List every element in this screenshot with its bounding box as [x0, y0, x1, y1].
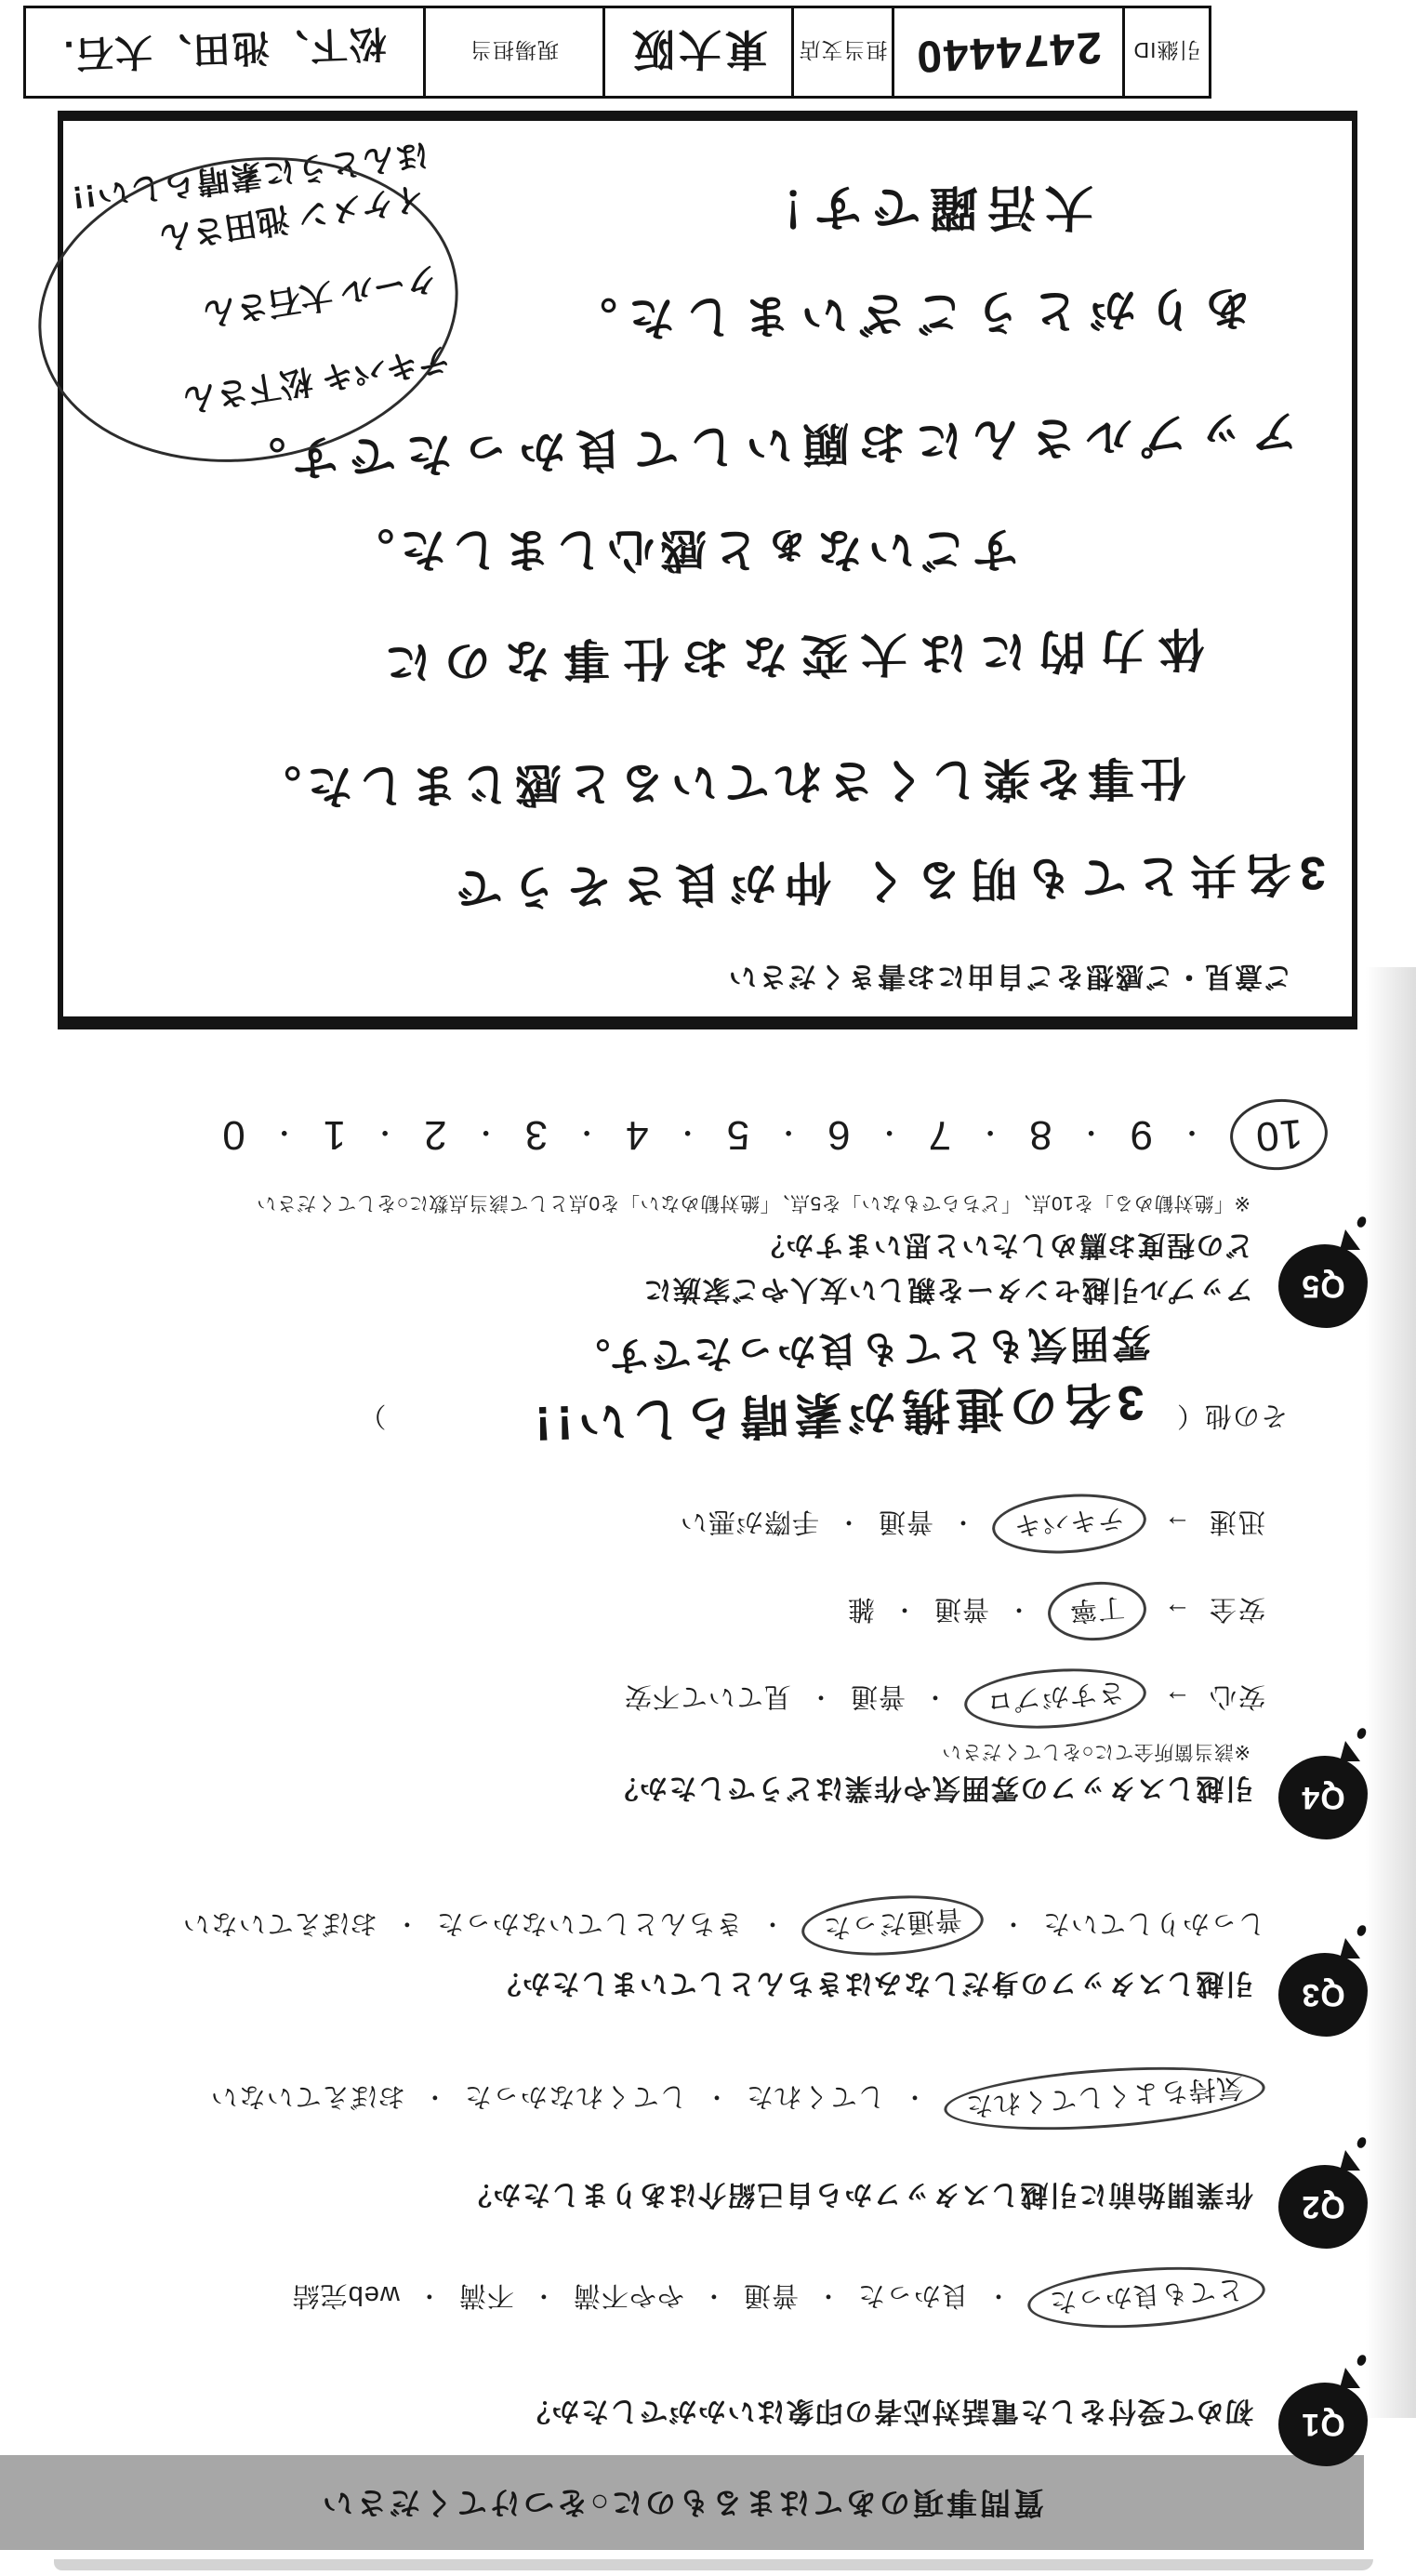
q4-option-selected: 丁寧: [1046, 1578, 1148, 1643]
arrow-icon: →: [1163, 1596, 1191, 1627]
scale-separator: ・: [1177, 1114, 1206, 1155]
scale-separator: ・: [975, 1114, 1004, 1155]
header-info-table: 引継ID 2474440 担当支店 東大阪 現場担当 松下、池田、大石.: [23, 6, 1211, 99]
field-value-staff: 松下、池田、大石.: [26, 8, 426, 96]
q4-category: 迅速: [1208, 1505, 1265, 1543]
option-separator: ・: [836, 1507, 861, 1541]
q3-option: しっかりしていた: [1042, 1906, 1265, 1945]
q5-badge: Q5: [1278, 1244, 1368, 1328]
scale-separator: ・: [875, 1114, 904, 1155]
scale-separator: ・: [1077, 1114, 1105, 1155]
option-separator: ・: [531, 2280, 556, 2315]
field-label-id: 引継ID: [1125, 8, 1209, 96]
q1-option: 不満: [458, 2278, 514, 2317]
q5-score: 5: [726, 1111, 749, 1158]
q5-question-line1: アップル引越センターを親しい友人やご家族に: [642, 1272, 1253, 1313]
scale-separator: ・: [673, 1114, 702, 1155]
q5-score: 7: [928, 1111, 951, 1158]
q3-question-text: 引越しスタッフの身だしなみはきちんとしていましたか？: [492, 1966, 1253, 2007]
q1-option: やや不満: [573, 2278, 684, 2317]
q5-score: 9: [1130, 1111, 1153, 1158]
scale-separator: ・: [774, 1114, 802, 1155]
scale-separator: ・: [370, 1114, 399, 1155]
q5-score: 3: [524, 1111, 548, 1158]
scan-page-edge-shadow: [1366, 967, 1416, 2418]
q4-note: ※該当箇所全てに○をしてください: [942, 1739, 1251, 1767]
comment-line: すごいなぁと感心しました。: [342, 520, 1019, 587]
q5-score-selected: 10: [1227, 1095, 1330, 1175]
q4-option-selected: さすがプロ: [962, 1663, 1148, 1734]
q4-row-anzen: 安全 → 丁寧 ・ 普通 ・ 雑: [847, 1582, 1265, 1640]
q4-option: 普通: [933, 1592, 989, 1630]
q3-badge-label: Q3: [1301, 1977, 1344, 2013]
comment-box: ご意見・ご感想をご自由にお書きください 3名共とても明るく 仲が良さそうで 仕事…: [58, 111, 1357, 1029]
comment-line: アップルさんにお願いして良かったです。: [229, 402, 1299, 497]
q1-option-selected: とても良かった: [1026, 2260, 1267, 2335]
q4-row-jinsoku: 迅速 → テキパキ ・ 普通 ・ 手際が悪い: [680, 1494, 1265, 1553]
field-value-id: 2474440: [894, 8, 1125, 96]
comment-line: 3名共とても明るく 仲が良さそうで: [447, 843, 1327, 925]
q4-question-text: 引越しスタッフの雰囲気や作業はどうでしたか？: [609, 1771, 1253, 1812]
option-separator: ・: [986, 2280, 1011, 2315]
scale-separator: ・: [471, 1114, 500, 1155]
comment-line: ありがとうございました。: [559, 278, 1251, 357]
q2-badge-label: Q2: [1301, 2189, 1344, 2225]
comment-box-title: ご意見・ご感想をご自由にお書きください: [727, 959, 1292, 1000]
q5-score: 0: [221, 1111, 245, 1158]
comment-line: 大活躍です！: [748, 177, 1093, 246]
field-value-branch: 東大阪: [605, 8, 794, 96]
q5-question-line2: どの程度お薦めしたいと思いますか？: [756, 1228, 1254, 1268]
comment-line: 仕事を楽しくされていると感じました。: [249, 748, 1187, 825]
q4-option: 普通: [850, 1680, 906, 1718]
q1-options: とても良かった ・ 良かった ・ 普通 ・ やや不満 ・ 不満 ・ web完結: [292, 2268, 1265, 2327]
option-separator: ・: [892, 1594, 917, 1628]
option-separator: ・: [704, 2081, 729, 2116]
q1-badge: Q1: [1278, 2383, 1368, 2466]
option-separator: ・: [760, 1908, 785, 1943]
option-separator: ・: [701, 2280, 726, 2315]
q4-other-close: ）: [358, 1399, 497, 1437]
q1-option: 普通: [743, 2278, 799, 2317]
q5-score: 8: [1028, 1111, 1052, 1158]
option-separator: ・: [1000, 1908, 1026, 1943]
field-label-staff: 現場担当: [426, 8, 605, 96]
arrow-icon: →: [1163, 1683, 1191, 1714]
field-label-branch: 担当支店: [794, 8, 894, 96]
q2-option: してくれなかった: [464, 2079, 687, 2118]
q5-score: 2: [423, 1111, 446, 1158]
q5-score: 4: [625, 1111, 648, 1158]
q2-option: おぼえていない: [210, 2079, 405, 2118]
option-separator: ・: [1006, 1594, 1031, 1628]
q5-score-scale: 10 ・ 9 ・ 8 ・ 7 ・ 6 ・ 5 ・ 4 ・ 3 ・ 2 ・ 1 ・…: [221, 1099, 1328, 1170]
q4-other-label: その他（: [1176, 1399, 1288, 1437]
q3-options: しっかりしていた ・ 普通だった ・ きちんとしていなかった ・ おぼえていない: [182, 1896, 1265, 1955]
scanned-survey-sheet-rotated: 質問事項のあてはまるものに○をつけてください Q1 初めて受付をした電話対応者の…: [0, 0, 1416, 2576]
option-separator: ・: [950, 1507, 975, 1541]
q4-other-row: その他（ 3名の連携が素晴らしい!! ）: [358, 1383, 1288, 1453]
q4-category: 安心: [1208, 1680, 1265, 1718]
option-separator: ・: [902, 2081, 927, 2116]
q2-option-selected: 気持ちよくしてくれた: [942, 2058, 1267, 2139]
q4-badge: Q4: [1278, 1756, 1368, 1839]
scan-card-bottom-edge: [54, 2559, 1373, 2570]
q4-badge-label: Q4: [1301, 1780, 1344, 1816]
q4-option-selected: テキパキ: [990, 1489, 1148, 1558]
q1-question-text: 初めて受付をした電話対応者の印象はいかがでしたか？: [522, 2394, 1254, 2435]
q3-option: おぼえていない: [182, 1906, 377, 1945]
option-separator: ・: [422, 2081, 447, 2116]
q5-score: 6: [827, 1111, 850, 1158]
q4-row-anshin: 安心 → さすがプロ ・ 普通 ・ 見ていて不安: [624, 1669, 1265, 1728]
instruction-banner: 質問事項のあてはまるものに○をつけてください: [0, 2455, 1364, 2550]
q1-option: 良かった: [857, 2278, 969, 2317]
q4-option: 雑: [847, 1592, 875, 1630]
q5-badge-label: Q5: [1301, 1268, 1344, 1305]
option-separator: ・: [808, 1681, 833, 1716]
q4-option: 見ていて不安: [624, 1680, 791, 1718]
q3-option: きちんとしていなかった: [436, 1906, 743, 1945]
comment-line: 体力的には大変なお仕事なのに: [371, 618, 1205, 700]
option-separator: ・: [394, 1908, 419, 1943]
q2-options: 気持ちよくしてくれた ・ してくれた ・ してくれなかった ・ おぼえていない: [210, 2069, 1265, 2128]
option-separator: ・: [815, 2280, 840, 2315]
q2-question-text: 作業開始前に引越しスタッフから自己紹介はありましたか？: [463, 2177, 1254, 2218]
option-separator: ・: [922, 1681, 947, 1716]
q5-note: ※「絶対勧める」を10点、「どちらでもない」を5点、「絶対勧めない」を0点として…: [257, 1190, 1251, 1218]
scale-separator: ・: [572, 1114, 601, 1155]
q4-category: 安全: [1208, 1592, 1265, 1630]
arrow-icon: →: [1163, 1508, 1191, 1539]
option-separator: ・: [417, 2280, 442, 2315]
q4-option: 手際が悪い: [680, 1505, 819, 1543]
q3-option-selected: 普通だった: [800, 1890, 986, 1961]
scale-separator: ・: [270, 1114, 298, 1155]
q1-option: web完結: [292, 2278, 400, 2317]
q3-badge: Q3: [1278, 1953, 1368, 2037]
q2-badge: Q2: [1278, 2165, 1368, 2249]
q5-score: 1: [323, 1111, 346, 1158]
q1-badge-label: Q1: [1301, 2407, 1344, 2443]
q2-option: してくれた: [746, 2079, 885, 2118]
q4-option: 普通: [878, 1505, 933, 1543]
